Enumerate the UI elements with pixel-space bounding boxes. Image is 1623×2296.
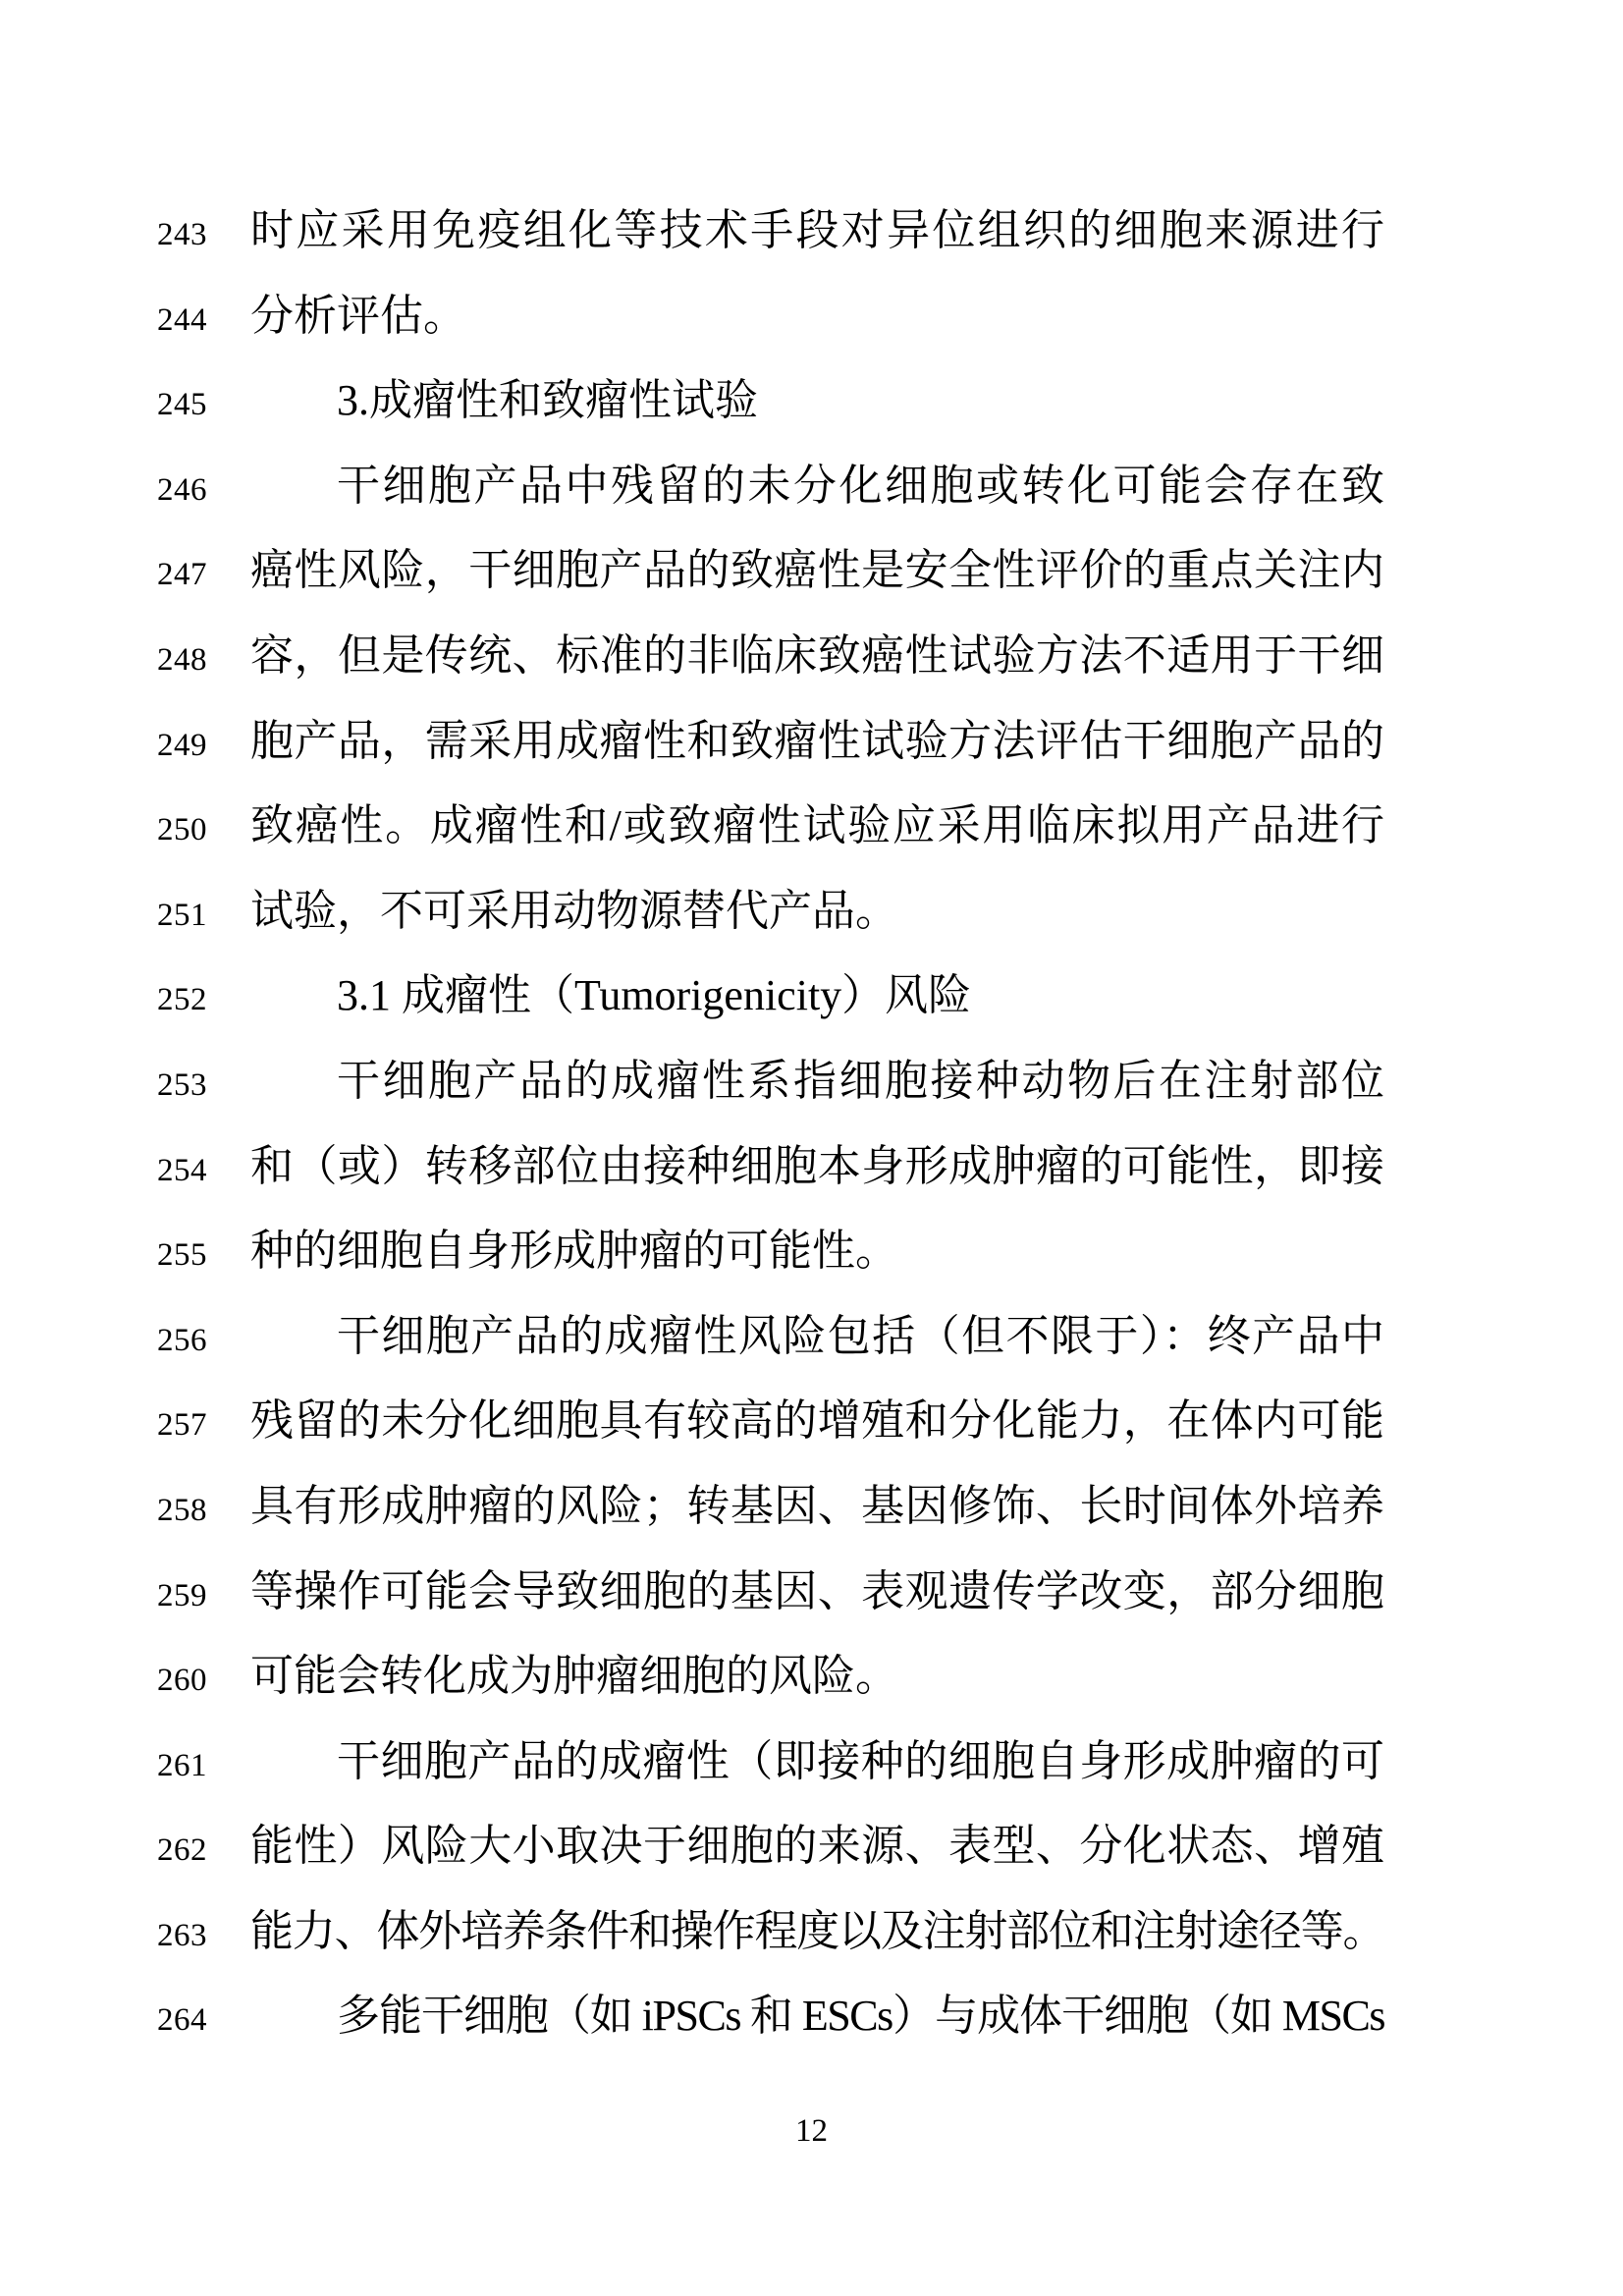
line-number: 255 [157, 1213, 250, 1298]
line-text: 可能会转化成为肿瘤细胞的风险。 [250, 1634, 1384, 1720]
line-text: 干细胞产品中残留的未分化细胞或转化可能会存在致 [250, 444, 1384, 529]
line-number: 245 [157, 362, 250, 448]
line-number: 256 [157, 1298, 250, 1384]
section-heading: 3.1 成瘤性（Tumorigenicity）风险 [250, 954, 1384, 1039]
document-line: 251 试验，不可采用动物源替代产品。 [0, 869, 1623, 955]
document-page: 243 时应采用免疫组化等技术手段对异位组织的细胞来源进行 244 分析评估。 … [0, 0, 1623, 2296]
document-line: 245 3.成瘤性和致瘤性试验 [0, 358, 1623, 444]
line-text: 容，但是传统、标准的非临床致癌性试验方法不适用于干细 [250, 614, 1384, 699]
page-number: 12 [0, 2111, 1623, 2151]
line-text: 和（或）转移部位由接种细胞本身形成肿瘤的可能性，即接 [250, 1124, 1384, 1210]
line-text: 试验，不可采用动物源替代产品。 [250, 869, 1384, 955]
line-number: 248 [157, 618, 250, 703]
line-number: 263 [157, 1893, 250, 1979]
document-line: 246 干细胞产品中残留的未分化细胞或转化可能会存在致 [0, 444, 1623, 529]
line-number: 254 [157, 1128, 250, 1214]
line-number: 253 [157, 1043, 250, 1128]
document-line: 250 致癌性。成瘤性和/或致瘤性试验应采用临床拟用产品进行 [0, 784, 1623, 869]
line-number: 249 [157, 703, 250, 789]
line-text: 具有形成肿瘤的风险；转基因、基因修饰、长时间体外培养 [250, 1464, 1384, 1550]
line-text: 癌性风险，干细胞产品的致癌性是安全性评价的重点关注内 [250, 528, 1384, 614]
line-number: 244 [157, 278, 250, 363]
document-line: 264 多能干细胞（如 iPSCs 和 ESCs）与成体干细胞（如 MSCs [0, 1974, 1623, 2059]
document-body: 243 时应采用免疫组化等技术手段对异位组织的细胞来源进行 244 分析评估。 … [0, 189, 1623, 2059]
line-text: 时应采用免疫组化等技术手段对异位组织的细胞来源进行 [250, 189, 1384, 274]
line-text: 干细胞产品的成瘤性（即接种的细胞自身形成肿瘤的可 [250, 1720, 1384, 1805]
line-text: 胞产品，需采用成瘤性和致瘤性试验方法评估干细胞产品的 [250, 699, 1384, 785]
document-line: 243 时应采用免疫组化等技术手段对异位组织的细胞来源进行 [0, 189, 1623, 274]
line-number: 264 [157, 1978, 250, 2063]
line-number: 243 [157, 192, 250, 278]
line-number: 247 [157, 532, 250, 618]
document-line: 248 容，但是传统、标准的非临床致癌性试验方法不适用于干细 [0, 614, 1623, 699]
section-heading: 3.成瘤性和致瘤性试验 [250, 358, 1384, 444]
line-text: 干细胞产品的成瘤性风险包括（但不限于）：终产品中 [250, 1294, 1384, 1380]
line-text: 残留的未分化细胞具有较高的增殖和分化能力，在体内可能 [250, 1379, 1384, 1464]
line-number: 260 [157, 1638, 250, 1723]
line-number: 257 [157, 1383, 250, 1468]
document-line: 259 等操作可能会导致细胞的基因、表观遗传学改变，部分细胞 [0, 1550, 1623, 1635]
document-line: 257 残留的未分化细胞具有较高的增殖和分化能力，在体内可能 [0, 1379, 1623, 1464]
line-text: 分析评估。 [250, 274, 1384, 359]
document-line: 261 干细胞产品的成瘤性（即接种的细胞自身形成肿瘤的可 [0, 1720, 1623, 1805]
line-number: 261 [157, 1723, 250, 1809]
line-text: 干细胞产品的成瘤性系指细胞接种动物后在注射部位 [250, 1039, 1384, 1124]
document-line: 260 可能会转化成为肿瘤细胞的风险。 [0, 1634, 1623, 1720]
document-line: 247 癌性风险，干细胞产品的致癌性是安全性评价的重点关注内 [0, 528, 1623, 614]
document-line: 256 干细胞产品的成瘤性风险包括（但不限于）：终产品中 [0, 1294, 1623, 1380]
document-line: 263 能力、体外培养条件和操作程度以及注射部位和注射途径等。 [0, 1889, 1623, 1975]
document-line: 252 3.1 成瘤性（Tumorigenicity）风险 [0, 954, 1623, 1039]
line-text: 能性）风险大小取决于细胞的来源、表型、分化状态、增殖 [250, 1804, 1384, 1889]
line-number: 246 [157, 448, 250, 533]
line-text: 多能干细胞（如 iPSCs 和 ESCs）与成体干细胞（如 MSCs [250, 1974, 1384, 2059]
document-line: 258 具有形成肿瘤的风险；转基因、基因修饰、长时间体外培养 [0, 1464, 1623, 1550]
line-number: 258 [157, 1468, 250, 1554]
line-number: 252 [157, 957, 250, 1043]
line-text: 能力、体外培养条件和操作程度以及注射部位和注射途径等。 [250, 1889, 1384, 1975]
document-line: 254 和（或）转移部位由接种细胞本身形成肿瘤的可能性，即接 [0, 1124, 1623, 1210]
line-number: 259 [157, 1554, 250, 1639]
line-text: 种的细胞自身形成肿瘤的可能性。 [250, 1209, 1384, 1294]
document-line: 255 种的细胞自身形成肿瘤的可能性。 [0, 1209, 1623, 1294]
line-text: 等操作可能会导致细胞的基因、表观遗传学改变，部分细胞 [250, 1550, 1384, 1635]
document-line: 253 干细胞产品的成瘤性系指细胞接种动物后在注射部位 [0, 1039, 1623, 1124]
document-line: 249 胞产品，需采用成瘤性和致瘤性试验方法评估干细胞产品的 [0, 699, 1623, 785]
line-text: 致癌性。成瘤性和/或致瘤性试验应采用临床拟用产品进行 [250, 784, 1384, 869]
document-line: 262 能性）风险大小取决于细胞的来源、表型、分化状态、增殖 [0, 1804, 1623, 1889]
line-number: 262 [157, 1808, 250, 1893]
line-number: 251 [157, 873, 250, 958]
document-line: 244 分析评估。 [0, 274, 1623, 359]
line-number: 250 [157, 788, 250, 873]
